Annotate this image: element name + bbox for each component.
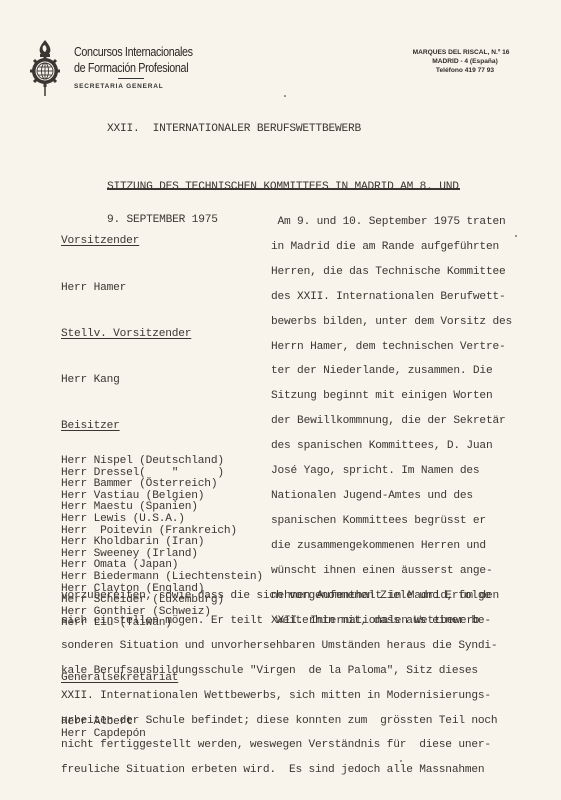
chair-heading: Vorsitzender <box>61 235 263 247</box>
text-line: arbeiten der Schule befindet; diese konn… <box>61 709 497 734</box>
organization-block: Concursos Internacionales de Formación P… <box>74 44 212 90</box>
text-line: sich einstellen mögen. Er teilt weiterhi… <box>61 609 497 634</box>
address-street: MARQUES DEL RISCAL, N.º 16 <box>392 48 530 57</box>
paper-speck <box>284 95 286 97</box>
text-line: freuliche Situation erbeten wird. Es sin… <box>61 758 497 783</box>
text-line: die zusammengekommenen Herren und <box>271 534 512 559</box>
address-city: MADRID - 4 (España) <box>400 57 530 66</box>
address-block: MARQUES DEL RISCAL, N.º 16 MADRID - 4 (E… <box>400 48 530 75</box>
text-line: Am 9. und 10. September 1975 traten <box>271 210 512 235</box>
text-line: José Yago, spricht. Im Namen des <box>271 459 512 484</box>
paper-speck <box>400 760 402 762</box>
globe-gear-emblem-icon <box>30 38 60 98</box>
text-line: vorzubereiten, sowie dass die sich vorge… <box>61 584 497 609</box>
text-line: kale Berufsausbildungsschule "Virgen de … <box>61 659 497 684</box>
text-line: Sitzung beginnt mit einigen Worten <box>271 384 512 409</box>
members-heading: Beisitzer <box>61 420 263 432</box>
text-line: des spanischen Kommittees, D. Juan <box>271 434 512 459</box>
text-line: in Madrid die am Rande aufgeführten <box>271 235 512 260</box>
body-column-text: Am 9. und 10. September 1975 tratenin Ma… <box>271 210 512 633</box>
org-subtitle: SECRETARIA GENERAL <box>74 83 212 90</box>
title-divider <box>107 188 460 190</box>
address-phone: Teléfono 419 77 93 <box>400 66 530 75</box>
text-line: sonderen Situation und unvorhersehbaren … <box>61 634 497 659</box>
member-entry: Herr Lewis (U.S.A.) <box>61 514 263 526</box>
org-name-line-1: Concursos Internacionales <box>74 44 193 60</box>
org-divider <box>118 78 144 79</box>
text-line: der Bewillkommnung, die der Sekretär <box>271 409 512 434</box>
document-page: Concursos Internacionales de Formación P… <box>0 0 561 800</box>
text-line: wünscht ihnen einen äusserst ange- <box>271 559 512 584</box>
text-line: spanischen Kommittees begrüsst er <box>271 509 512 534</box>
member-entry: Herr Kholdbarin (Iran) <box>61 537 263 549</box>
text-line: XXII. Internationalen Wettbewerbs, sich … <box>61 684 497 709</box>
member-entry: Herr Nispel (Deutschland) <box>61 456 263 468</box>
document-title: XXII. INTERNATIONALER BERUFSWETTBEWERB <box>107 123 361 135</box>
text-line: Nationalen Jugend-Amtes und des <box>271 484 512 509</box>
body-full-text: vorzubereiten, sowie dass die sich vorge… <box>61 584 497 783</box>
vice-chair-name: Herr Kang <box>61 374 263 386</box>
text-line: Herrn Hamer, dem technischen Vertre- <box>271 335 512 360</box>
text-line: bewerbs bilden, unter dem Vorsitz des <box>271 310 512 335</box>
text-line: ter der Niederlande, zusammen. Die <box>271 359 512 384</box>
org-name-line-2: de Formación Profesional <box>74 60 193 76</box>
text-line: Herren, die das Technische Kommittee <box>271 260 512 285</box>
member-entry: Herr Biedermann (Liechtenstein) <box>61 572 263 584</box>
text-line: nicht fertiggestellt werden, weswegen Ve… <box>61 733 497 758</box>
chair-name: Herr Hamer <box>61 282 263 294</box>
text-line: des XXII. Internationalen Berufwett- <box>271 285 512 310</box>
paper-speck <box>515 235 517 237</box>
vice-chair-heading: Stellv. Vorsitzender <box>61 328 263 340</box>
